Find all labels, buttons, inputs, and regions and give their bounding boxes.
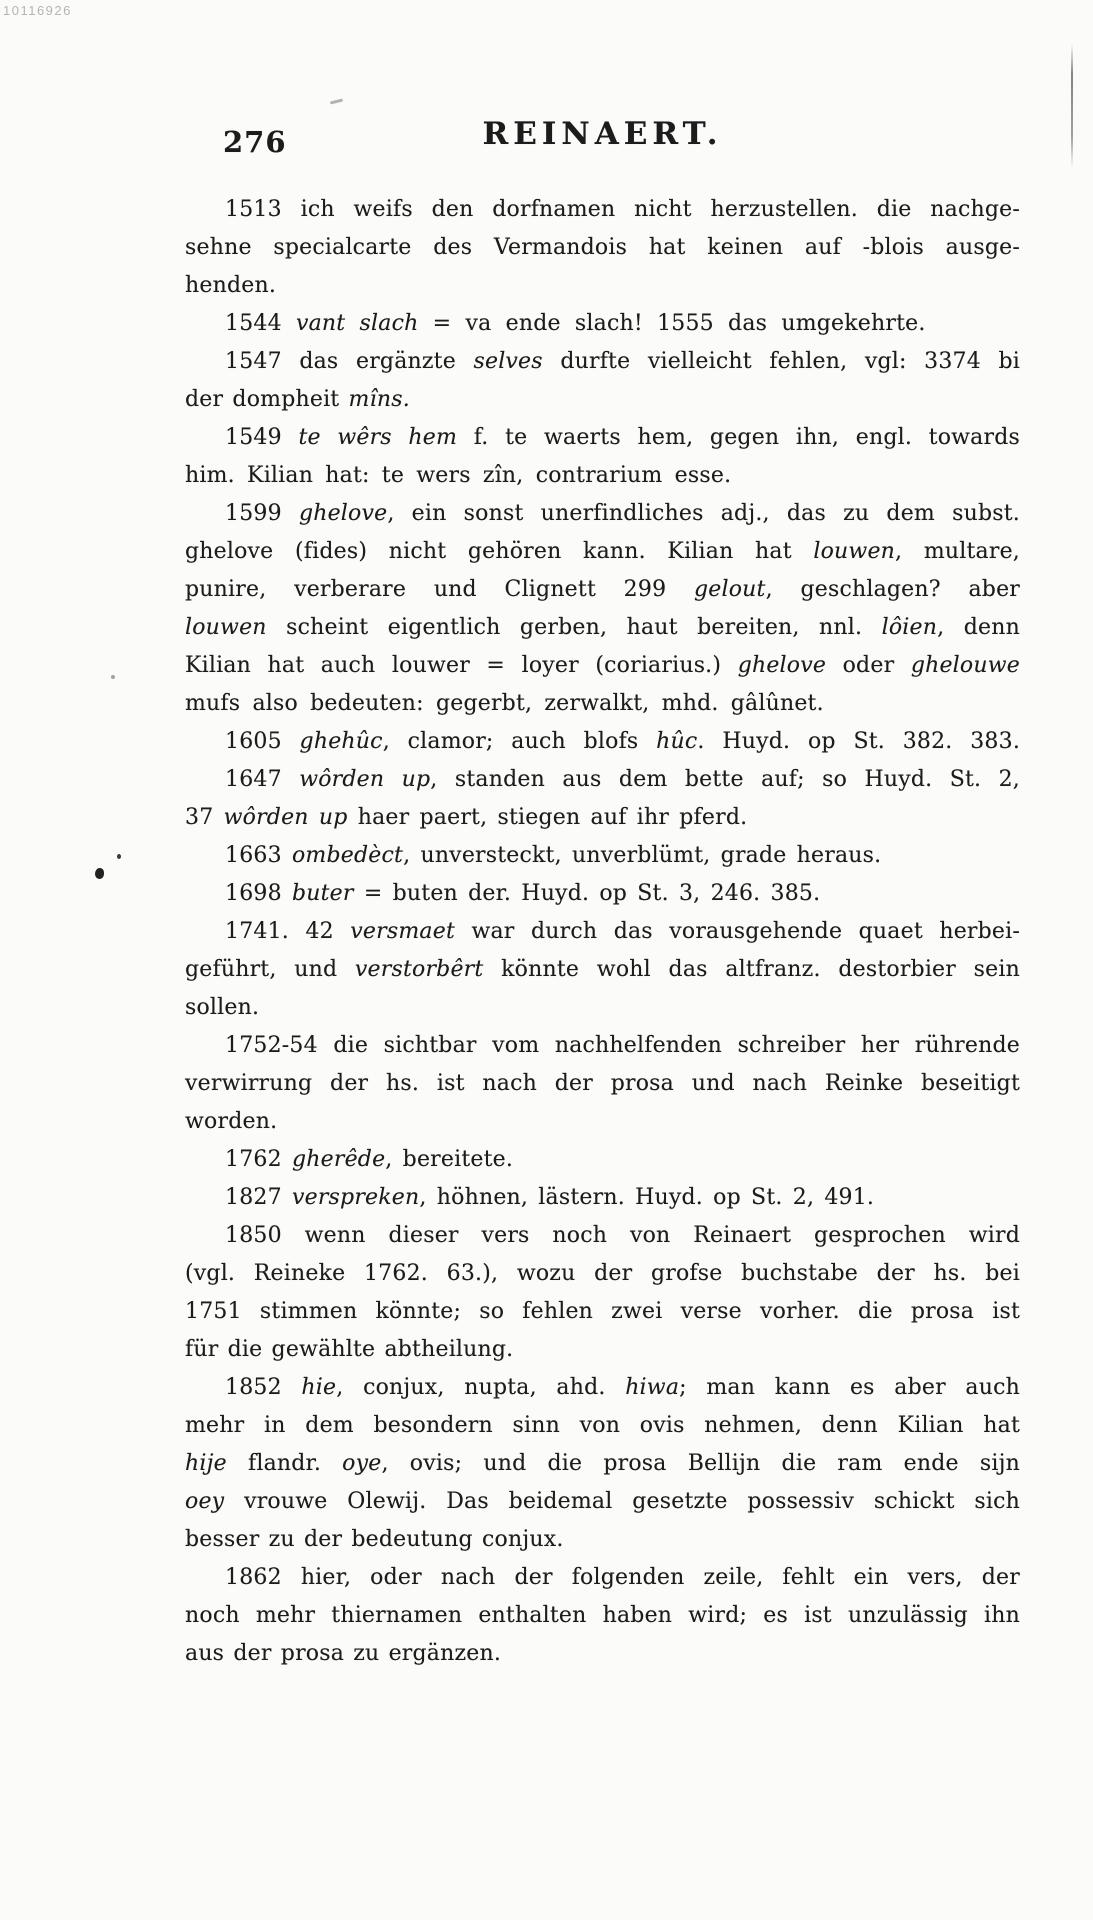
italic-term: mîns. [349, 387, 410, 412]
italic-term: vant slach [296, 311, 418, 336]
italic-term: ghelove [299, 501, 387, 526]
text-line: 37 wôrden up haer paert, stiegen auf ihr… [185, 799, 1020, 837]
text-segment: flandr. [227, 1451, 342, 1476]
page-body: 1513 ich weifs den dorfnamen nicht herzu… [185, 191, 1020, 1673]
text-line: hije flandr. oye, ovis; und die prosa Be… [185, 1445, 1020, 1483]
scan-artifact-edge-line [1071, 44, 1073, 168]
text-line: 1698 buter = buten der. Huyd. op St. 3, … [185, 875, 1020, 913]
italic-term: hûc [656, 729, 697, 754]
text-line: sollen. [185, 989, 1020, 1027]
text-segment: 1850 wenn dieser vers noch von Reinaert … [225, 1223, 1020, 1248]
italic-term: oye [342, 1451, 381, 1476]
text-line: 1605 ghehûc, clamor; auch blofs hûc. Huy… [185, 723, 1020, 761]
text-segment: 1698 [225, 881, 292, 906]
italic-term: hije [185, 1451, 227, 1476]
italic-term: versmaet [350, 919, 455, 944]
italic-term: wôrden up [299, 767, 430, 792]
text-segment: f. te waerts hem, gegen ihn, engl. towar… [457, 425, 1020, 450]
text-segment: 1752-54 die sichtbar vom nachhelfenden s… [225, 1033, 1020, 1058]
text-line: 1544 vant slach = va ende slach! 1555 da… [185, 305, 1020, 343]
text-line: 1741. 42 versmaet war durch das vorausge… [185, 913, 1020, 951]
text-segment: , ovis; und die prosa Bellijn die ram en… [381, 1451, 1020, 1476]
text-segment: mufs also bedeuten: gegerbt, zerwalkt, m… [185, 691, 824, 716]
text-segment: henden. [185, 273, 276, 298]
text-line: der dompheit mîns. [185, 381, 1020, 419]
text-segment: mehr in dem besondern sinn von ovis nehm… [185, 1413, 1020, 1438]
text-segment: . Huyd. op St. 382. 383. [697, 729, 1020, 754]
text-segment: 1544 [225, 311, 296, 336]
text-line: besser zu der bedeutung conjux. [185, 1521, 1020, 1559]
text-line: für die gewählte abtheilung. [185, 1331, 1020, 1369]
text-segment: für die gewählte abtheilung. [185, 1337, 513, 1362]
text-segment: haer paert, stiegen auf ihr pferd. [348, 805, 748, 830]
text-line: Kilian hat auch louwer = loyer (coriariu… [185, 647, 1020, 685]
text-line: 1862 hier, oder nach der folgenden zeile… [185, 1559, 1020, 1597]
italic-term: gelout [694, 577, 766, 602]
text-line: geführt, und verstorbêrt könnte wohl das… [185, 951, 1020, 989]
text-line: verwirrung der hs. ist nach der prosa un… [185, 1065, 1020, 1103]
text-segment: 1852 [225, 1375, 301, 1400]
text-segment: der dompheit [185, 387, 349, 412]
ink-speck [111, 675, 115, 679]
italic-term: verstorbêrt [355, 957, 484, 982]
text-segment: ghelove (fides) nicht gehören kann. Kili… [185, 539, 813, 564]
text-segment: (vgl. Reineke 1762. 63.), wozu der grofs… [185, 1261, 1020, 1286]
italic-term: gherêde [292, 1147, 385, 1172]
text-line: 1547 das ergänzte selves durfte vielleic… [185, 343, 1020, 381]
text-line: 1513 ich weifs den dorfnamen nicht herzu… [185, 191, 1020, 229]
italic-term: selves [473, 349, 542, 374]
text-line: mufs also bedeuten: gegerbt, zerwalkt, m… [185, 685, 1020, 723]
text-segment: sehne specialcarte des Vermandois hat ke… [185, 235, 1020, 260]
italic-term: oey [185, 1489, 224, 1514]
text-segment: 1751 stimmen könnte; so fehlen zwei vers… [185, 1299, 1020, 1324]
italic-term: louwen [813, 539, 895, 564]
text-segment: ; man kann es aber auch [679, 1375, 1020, 1400]
text-segment: , unversteckt, unverblümt, grade heraus. [403, 843, 881, 868]
italic-term: hie [301, 1375, 336, 1400]
text-segment: 1762 [225, 1147, 292, 1172]
text-segment: , multare, [895, 539, 1020, 564]
text-line: punire, verberare und Clignett 299 gelou… [185, 571, 1020, 609]
text-line: aus der prosa zu ergänzen. [185, 1635, 1020, 1673]
text-segment: 1663 [225, 843, 292, 868]
text-segment: 1862 hier, oder nach der folgenden zeile… [225, 1565, 1020, 1590]
text-segment: besser zu der bedeutung conjux. [185, 1527, 564, 1552]
text-line: 1752-54 die sichtbar vom nachhelfenden s… [185, 1027, 1020, 1065]
text-segment: 1547 das ergänzte [225, 349, 473, 374]
text-segment: 1549 [225, 425, 298, 450]
library-stamp-number: 10116926 [3, 3, 72, 18]
text-line: (vgl. Reineke 1762. 63.), wozu der grofs… [185, 1255, 1020, 1293]
text-line: 1852 hie, conjux, nupta, ahd. hiwa; man … [185, 1369, 1020, 1407]
text-segment: , conjux, nupta, ahd. [336, 1375, 625, 1400]
text-segment: 1605 [225, 729, 300, 754]
italic-term: lôien [882, 615, 938, 640]
italic-term: hiwa [625, 1375, 679, 1400]
text-line: 1647 wôrden up, standen aus dem bette au… [185, 761, 1020, 799]
text-line: oey vrouwe Olewij. Das beidemal gesetzte… [185, 1483, 1020, 1521]
text-line: mehr in dem besondern sinn von ovis nehm… [185, 1407, 1020, 1445]
scanned-book-page: 10116926 276 REINAERT. 1513 ich weifs de… [0, 0, 1093, 1920]
italic-term: ghelouwe [911, 653, 1020, 678]
text-line: 1751 stimmen könnte; so fehlen zwei vers… [185, 1293, 1020, 1331]
text-line: him. Kilian hat: te wers zîn, contrarium… [185, 457, 1020, 495]
ink-speck [117, 854, 121, 859]
text-segment: durfte vielleicht fehlen, vgl: 3374 bi [543, 349, 1020, 374]
text-segment: , denn [937, 615, 1020, 640]
text-segment: , ein sonst unerfindliches adj., das zu … [387, 501, 1020, 526]
text-segment: sollen. [185, 995, 259, 1020]
text-segment: scheint eigentlich gerben, haut bereiten… [267, 615, 882, 640]
text-line: 1599 ghelove, ein sonst unerfindliches a… [185, 495, 1020, 533]
italic-term: wôrden up [224, 805, 348, 830]
text-segment: oder [826, 653, 911, 678]
scan-artifact-dash [330, 98, 343, 104]
text-segment: , bereitete. [385, 1147, 513, 1172]
text-segment: 1599 [225, 501, 299, 526]
text-line: henden. [185, 267, 1020, 305]
text-line: noch mehr thiernamen enthalten haben wir… [185, 1597, 1020, 1635]
page-title: REINAERT. [185, 116, 1020, 152]
text-segment: worden. [185, 1109, 277, 1134]
italic-term: buter [292, 881, 354, 906]
italic-term: te wêrs hem [298, 425, 457, 450]
text-line: 1549 te wêrs hem f. te waerts hem, gegen… [185, 419, 1020, 457]
text-segment: = buten der. Huyd. op St. 3, 246. 385. [354, 881, 821, 906]
text-line: louwen scheint eigentlich gerben, haut b… [185, 609, 1020, 647]
text-line: ghelove (fides) nicht gehören kann. Kili… [185, 533, 1020, 571]
italic-term: louwen [185, 615, 267, 640]
italic-term: verspreken [292, 1185, 419, 1210]
text-segment: 1827 [225, 1185, 292, 1210]
text-segment: , standen aus dem bette auf; so Huyd. St… [430, 767, 1020, 792]
text-segment: vrouwe Olewij. Das beidemal gesetzte pos… [224, 1489, 1020, 1514]
italic-term: ghelove [738, 653, 826, 678]
text-segment: Kilian hat auch louwer = loyer (coriariu… [185, 653, 738, 678]
italic-term: ombedèct [292, 843, 403, 868]
text-segment: 37 [185, 805, 224, 830]
italic-term: ghehûc [300, 729, 383, 754]
text-segment: 1513 ich weifs den dorfnamen nicht herzu… [225, 197, 1020, 222]
page-header: 276 REINAERT. [185, 116, 1020, 166]
text-segment: punire, verberare und Clignett 299 [185, 577, 694, 602]
text-segment: aus der prosa zu ergänzen. [185, 1641, 501, 1666]
ink-speck [95, 868, 104, 879]
text-segment: verwirrung der hs. ist nach der prosa un… [185, 1071, 1020, 1096]
text-segment: noch mehr thiernamen enthalten haben wir… [185, 1603, 1020, 1628]
text-line: 1827 verspreken, höhnen, lästern. Huyd. … [185, 1179, 1020, 1217]
text-segment: him. Kilian hat: te wers zîn, contrarium… [185, 463, 731, 488]
text-segment: geführt, und [185, 957, 355, 982]
text-line: worden. [185, 1103, 1020, 1141]
text-segment: war durch das vorausgehende quaet herbei… [455, 919, 1020, 944]
text-segment: , geschlagen? aber [766, 577, 1020, 602]
text-segment: 1741. 42 [225, 919, 350, 944]
text-segment: , höhnen, lästern. Huyd. op St. 2, 491. [419, 1185, 874, 1210]
text-line: sehne specialcarte des Vermandois hat ke… [185, 229, 1020, 267]
text-segment: = va ende slach! 1555 das umgekehrte. [418, 311, 925, 336]
text-line: 1762 gherêde, bereitete. [185, 1141, 1020, 1179]
text-line: 1663 ombedèct, unversteckt, unverblümt, … [185, 837, 1020, 875]
text-segment: könnte wohl das altfranz. destorbier sei… [483, 957, 1020, 982]
text-segment: 1647 [225, 767, 299, 792]
text-segment: , clamor; auch blofs [383, 729, 656, 754]
text-line: 1850 wenn dieser vers noch von Reinaert … [185, 1217, 1020, 1255]
